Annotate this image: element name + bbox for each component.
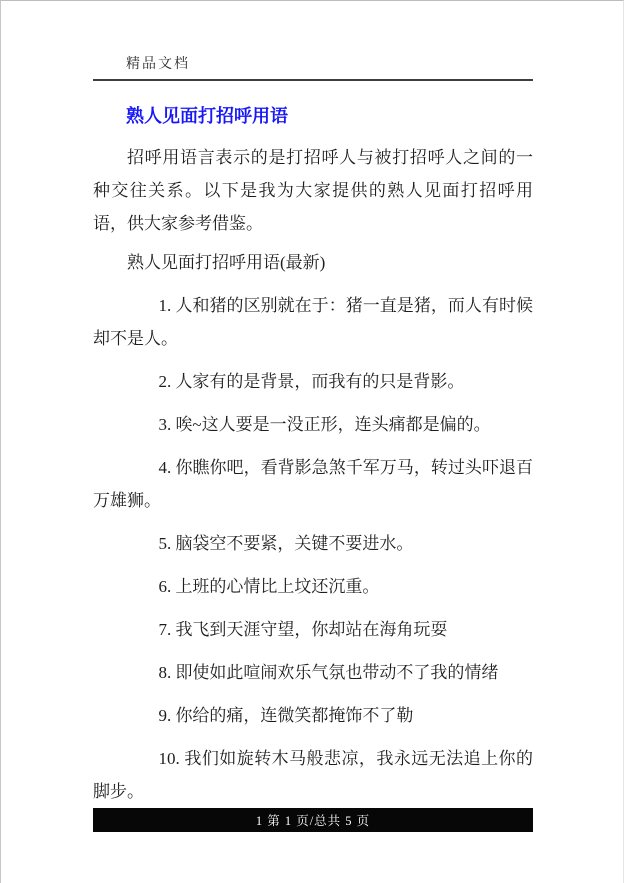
list-item-7: 7. 我飞到天涯守望，你却站在海角玩耍 xyxy=(93,613,533,646)
page-number-label: 1 第 1 页/总共 5 页 xyxy=(256,811,370,829)
document-title: 熟人见面打招呼用语 xyxy=(126,105,533,127)
intro-paragraph: 招呼用语言表示的是打招呼人与被打招呼人之间的一种交往关系。以下是我为大家提供的熟… xyxy=(93,141,533,240)
section-subtitle: 熟人见面打招呼用语(最新) xyxy=(93,246,533,279)
list-item-2: 2. 人家有的是背景，而我有的只是背影。 xyxy=(93,365,533,398)
document-page: 精品文档 熟人见面打招呼用语 招呼用语言表示的是打招呼人与被打招呼人之间的一种交… xyxy=(0,0,624,883)
list-item-4: 4. 你瞧你吧，看背影急煞千军万马，转过头吓退百万雄狮。 xyxy=(93,451,533,517)
footer-page-bar: 1 第 1 页/总共 5 页 xyxy=(93,808,533,832)
list-item-10: 10. 我们如旋转木马般悲凉，我永远无法追上你的脚步。 xyxy=(93,742,533,808)
list-item-1: 1. 人和猪的区别就在于：猪一直是猪，而人有时候却不是人。 xyxy=(93,289,533,355)
document-content: 精品文档 熟人见面打招呼用语 招呼用语言表示的是打招呼人与被打招呼人之间的一种交… xyxy=(93,1,533,832)
header-label: 精品文档 xyxy=(93,57,533,81)
list-item-5: 5. 脑袋空不要紧，关键不要进水。 xyxy=(93,527,533,560)
list-item-6: 6. 上班的心情比上坟还沉重。 xyxy=(93,570,533,603)
list-item-8: 8. 即使如此喧闹欢乐气氛也带动不了我的情绪 xyxy=(93,656,533,689)
list-item-9: 9. 你给的痛，连微笑都掩饰不了勒 xyxy=(93,699,533,732)
list-item-3: 3. 唉~这人要是一没正形，连头痛都是偏的。 xyxy=(93,408,533,441)
